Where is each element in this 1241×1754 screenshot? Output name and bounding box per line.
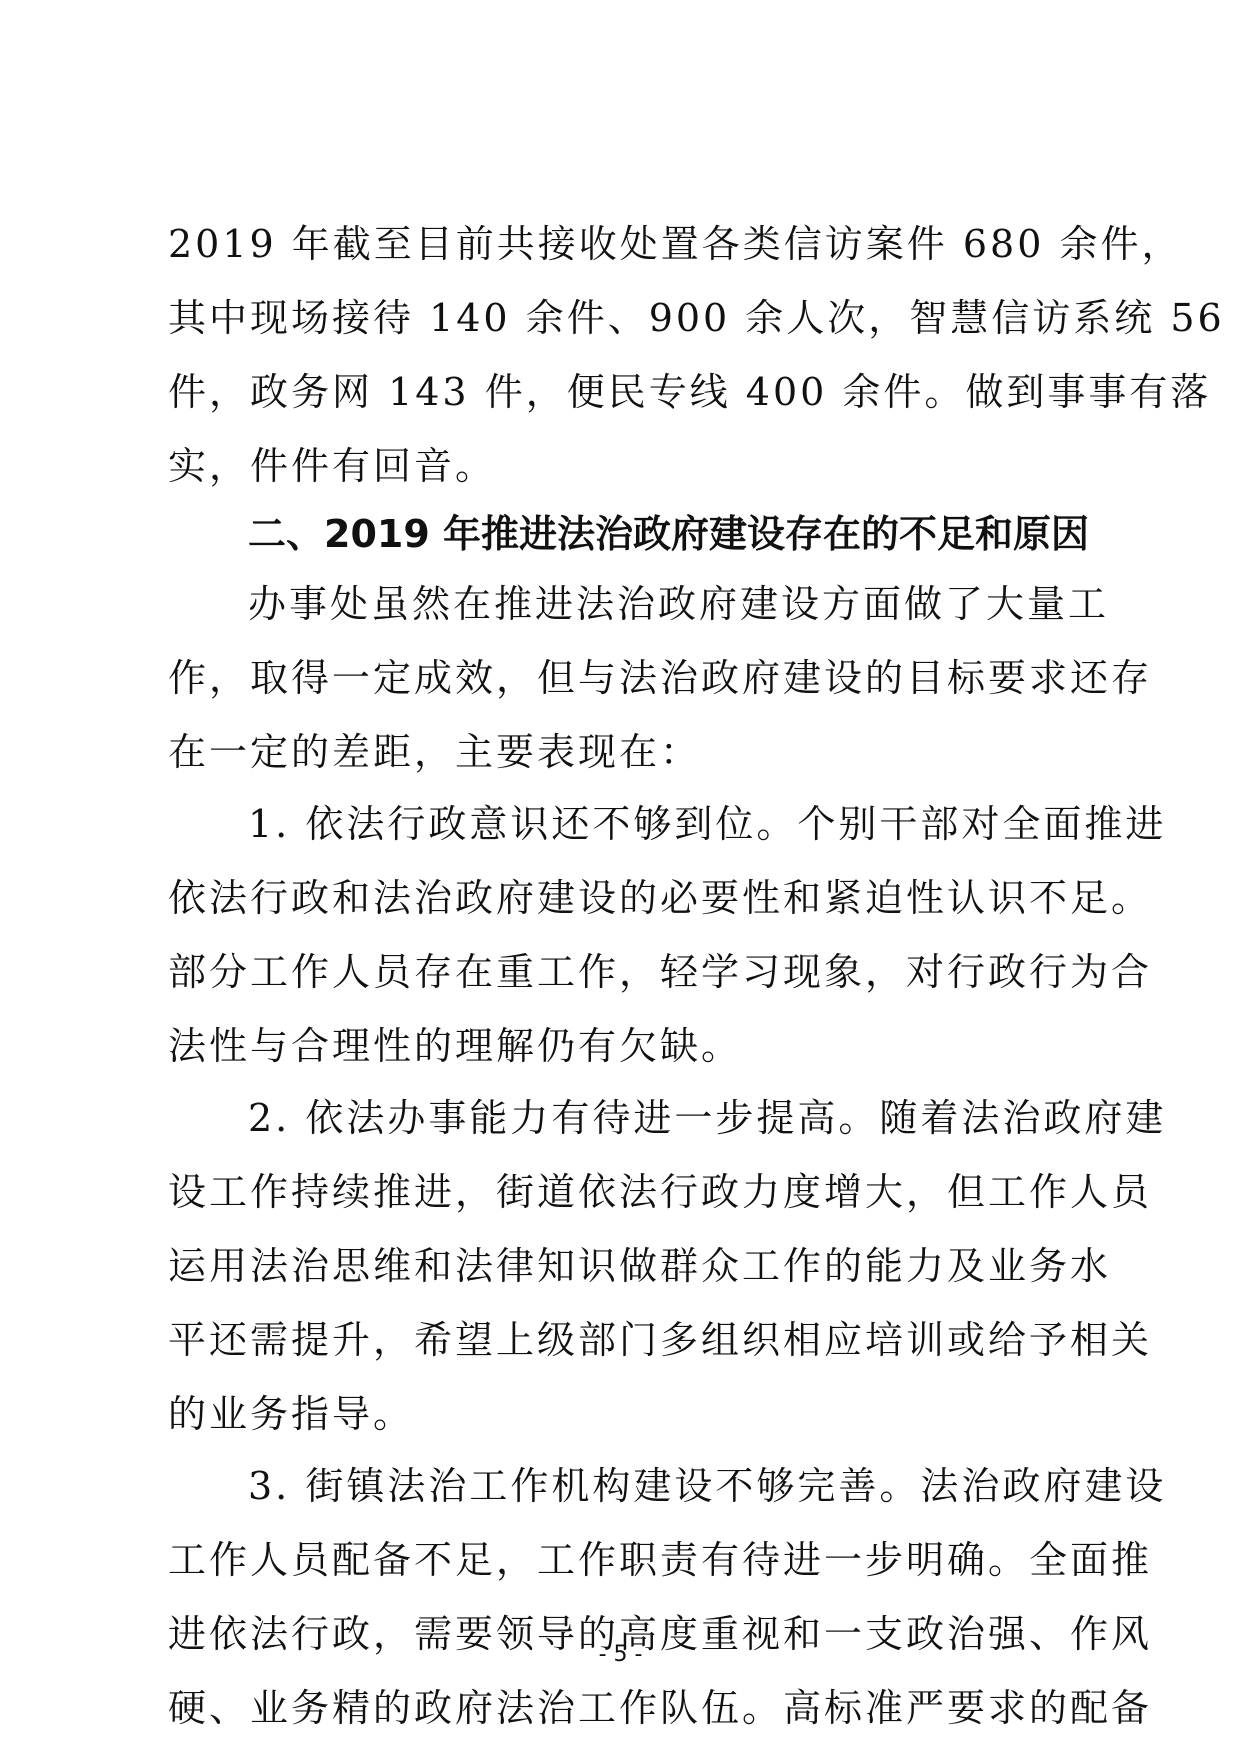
- item3-line: 3. 街镇法治工作机构建设不够完善。法治政府建设: [248, 1464, 1148, 1508]
- item2-line: 设工作持续推进，街道依法行政力度增大，但工作人员: [168, 1170, 1068, 1214]
- intro-line: 在一定的差距，主要表现在：: [168, 730, 1068, 774]
- section-heading: 二、2019 年推进法治政府建设存在的不足和原因: [248, 512, 1148, 556]
- page-number: - 5 -: [0, 1642, 1241, 1667]
- body-line: 2019 年截至目前共接收处置各类信访案件 680 余件，: [168, 222, 1068, 266]
- item1-line: 法性与合理性的理解仍有欠缺。: [168, 1024, 1068, 1068]
- body-line: 其中现场接待 140 余件、900 余人次，智慧信访系统 56: [168, 296, 1068, 340]
- item1-line: 依法行政和法治政府建设的必要性和紧迫性认识不足。: [168, 876, 1068, 920]
- item3-line: 工作人员配备不足，工作职责有待进一步明确。全面推: [168, 1538, 1068, 1582]
- intro-line: 办事处虽然在推进法治政府建设方面做了大量工: [248, 582, 1148, 626]
- body-line: 件，政务网 143 件，便民专线 400 余件。做到事事有落: [168, 370, 1068, 414]
- body-line: 实，件件有回音。: [168, 444, 1068, 488]
- item2-line: 2. 依法办事能力有待进一步提高。随着法治政府建: [248, 1096, 1148, 1140]
- document-page: 2019 年截至目前共接收处置各类信访案件 680 余件， 其中现场接待 140…: [0, 0, 1241, 1754]
- intro-line: 作，取得一定成效，但与法治政府建设的目标要求还存: [168, 656, 1068, 700]
- item1-line: 部分工作人员存在重工作，轻学习现象，对行政行为合: [168, 950, 1068, 994]
- item1-line: 1. 依法行政意识还不够到位。个别干部对全面推进: [248, 802, 1148, 846]
- item2-line: 的业务指导。: [168, 1392, 1068, 1436]
- item3-line: 硬、业务精的政府法治工作队伍。高标准严要求的配备: [168, 1686, 1068, 1730]
- item2-line: 运用法治思维和法律知识做群众工作的能力及业务水: [168, 1244, 1068, 1288]
- item2-line: 平还需提升，希望上级部门多组织相应培训或给予相关: [168, 1318, 1068, 1362]
